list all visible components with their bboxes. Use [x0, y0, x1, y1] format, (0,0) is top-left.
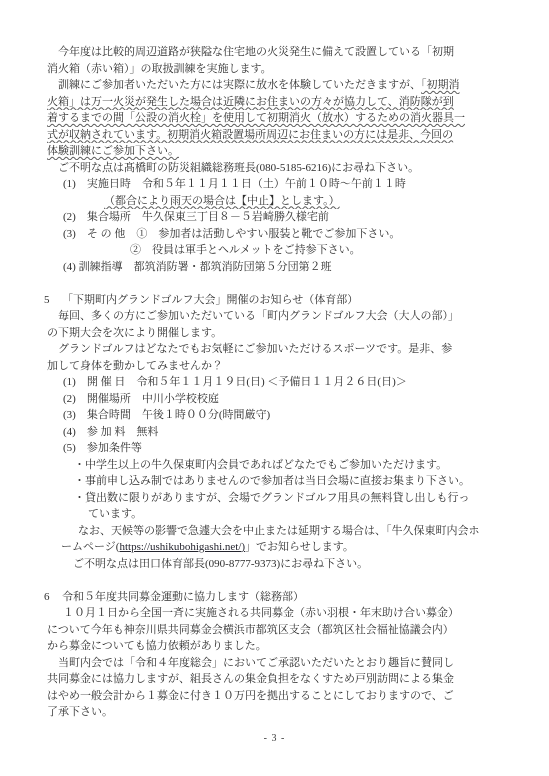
text-segment: ご不明な点は田口体育部長(090-8777-9373)にお尋ね下さい。	[73, 558, 368, 570]
doc-line: なお、天候等の影響で急遽大会を中止または延期する場合は、「牛久保東町内会ホ	[47, 523, 509, 540]
doc-line: ームページ(https://ushikubohigashi.net/)」でお知ら…	[47, 539, 509, 556]
text-segment: １０月１日から全国一斉に実施される共同募金（赤い羽根・年末助け合い募金）	[63, 607, 459, 619]
text-segment: ② 役員は軍手とヘルメットをご持参下さい。	[130, 244, 361, 256]
doc-line: 共同募金には協力しますが、組長さんの集金負担をなくすため戸別訪問による集金	[47, 671, 509, 688]
text-segment: ・事前申し込み制ではありませんので参加者は当日会場に直接お集まり下さい。	[74, 475, 470, 487]
doc-line: 式が収納されています。初期消火箱設置場所周辺にお住まいの方には是非、今回の	[47, 127, 509, 144]
doc-line: (3) そ の 他 ① 参加者は活動しやすい服装と靴でご参加下さい。	[47, 226, 509, 243]
section-number: 6	[44, 589, 62, 606]
wavy-underlined-text: 式が収納されています。初期消火箱設置場所周辺にお住まいの方には是非、今回の	[47, 129, 453, 141]
section-number: 5	[44, 292, 62, 309]
doc-line: (3) 集合時間 午後１時００分(時間厳守)	[47, 407, 509, 424]
text-segment: グランドゴルフはどなたでもお気軽にご参加いただけるスポーツです。是非、参	[58, 343, 452, 355]
text-segment: 」でお知らせします。	[245, 541, 354, 553]
text-segment: はやめ一般会計から１募金に付き１０万円を拠出することにしておりますので、ご	[47, 690, 454, 702]
wavy-underlined-text: 「初期消	[421, 79, 460, 91]
text-segment: 加して身体を動かしてみませんか？	[47, 360, 223, 372]
text-segment: ご不明な点は髙橋町の防災組織総務班長(080-5185-6216)にお尋ね下さい…	[58, 162, 419, 174]
text-segment: 訓練にご参加者いただいた方には実際に放水を体験していただきますが、	[58, 79, 421, 91]
section: 6令和５年度共同募金運動に協力します（総務部）１０月１日から全国一斉に実施される…	[47, 589, 509, 721]
text-segment: なお、天候等の影響で急遽大会を中止または延期する場合は、「牛久保東町内会ホ	[78, 525, 480, 537]
text-segment: 共同募金には協力しますが、組長さんの集金負担をなくすため戸別訪問による集金	[47, 673, 454, 685]
text-segment: の下期大会を次により開催します。	[47, 327, 222, 339]
text-segment: (4) 訓練指導 都筑消防署・都筑消防団第５分団第２班	[63, 261, 332, 273]
doc-line: から募金についても協力依頼がありました。	[47, 638, 509, 655]
text-segment: (2) 集合場所 牛久保東三丁目８－５岩崎勝久様宅前	[63, 211, 329, 223]
text-segment: 今年度は比較的周辺道路が狭隘な住宅地の火災発生に備えて設置している「初期	[58, 46, 454, 58]
text-segment: から募金についても協力依頼がありました。	[47, 640, 267, 652]
doc-line: (5) 参加条件等	[47, 440, 509, 457]
text-segment: ームページ(	[61, 541, 119, 553]
wavy-underlined-text: （都合により雨天の場合は【中止】とします。）	[104, 195, 340, 207]
doc-line: （都合により雨天の場合は【中止】とします。）	[47, 193, 509, 210]
text-segment: (3) そ の 他 ① 参加者は活動しやすい服装と靴でご参加下さい。	[63, 228, 400, 240]
doc-line: 消火箱（赤い箱）」の取扱訓練を実施します。	[47, 61, 509, 78]
text-segment: 当町内会では「令和４年度総会」においてご承認いただいたとおり趣旨に賛同し	[58, 657, 454, 669]
doc-line: はやめ一般会計から１募金に付き１０万円を拠出することにしておりますので、ご	[47, 688, 509, 705]
text-segment: ・貸出数に限りがありますが、会場でグランドゴルフ用具の無料貸し出しも行っ	[74, 492, 470, 504]
section-heading: 5「下期町内グランドゴルフ大会」開催のお知らせ（体育部）	[44, 292, 509, 309]
text-segment: (1) 開 催 日 令和５年１１月１９日(日) ＜予備日１１月２６日(日)＞	[63, 376, 407, 388]
doc-line: ・貸出数に限りがありますが、会場でグランドゴルフ用具の無料貸し出しも行っ	[47, 490, 509, 507]
text-segment: 毎回、多くの方にご参加いただいている「町内グランドゴルフ大会（大人の部）」	[58, 310, 459, 322]
doc-line: ご不明な点は髙橋町の防災組織総務班長(080-5185-6216)にお尋ね下さい…	[47, 160, 509, 177]
text-segment: (2) 開催場所 中川小学校校庭	[63, 393, 219, 405]
text-segment: ・中学生以上の牛久保東町内会員であればどなたでもご参加いただけます。	[74, 459, 447, 471]
doc-line: (2) 開催場所 中川小学校校庭	[47, 391, 509, 408]
doc-line: ・中学生以上の牛久保東町内会員であればどなたでもご参加いただけます。	[47, 457, 509, 474]
text-segment: ています。	[88, 508, 142, 520]
wavy-underlined-text: 火箱」は万一火災が発生した場合は近隣にお住まいの方々が協力して、消防隊が到	[47, 96, 454, 108]
doc-line: １０月１日から全国一斉に実施される共同募金（赤い羽根・年末助け合い募金）	[47, 605, 509, 622]
section: 5「下期町内グランドゴルフ大会」開催のお知らせ（体育部）毎回、多くの方にご参加い…	[47, 292, 509, 573]
doc-line: について今年も神奈川県共同募金会横浜市都筑区支会（都筑区社会福祉協議会内）	[47, 622, 509, 639]
section: 今年度は比較的周辺道路が狭隘な住宅地の火災発生に備えて設置している「初期消火箱（…	[47, 44, 509, 275]
doc-body: 今年度は比較的周辺道路が狭隘な住宅地の火災発生に備えて設置している「初期消火箱（…	[47, 44, 509, 721]
doc-line: (1) 実施日時 令和５年１１月１１日（土）午前１０時～午前１１時	[47, 176, 509, 193]
doc-line: (1) 開 催 日 令和５年１１月１９日(日) ＜予備日１１月２６日(日)＞	[47, 374, 509, 391]
doc-line: ご不明な点は田口体育部長(090-8777-9373)にお尋ね下さい。	[47, 556, 509, 573]
wavy-underlined-text: 着するまでの間「公設の消火栓」を使用して初期消火（放水）するための消火器具一	[47, 112, 465, 124]
doc-line: 体験訓練にご参加下さい。	[47, 143, 509, 160]
doc-line: (2) 集合場所 牛久保東三丁目８－５岩崎勝久様宅前	[47, 209, 509, 226]
doc-line: ています。	[47, 506, 509, 523]
doc-line: ② 役員は軍手とヘルメットをご持参下さい。	[47, 242, 509, 259]
text-segment: (4) 参 加 料 無料	[63, 426, 158, 438]
doc-line: 加して身体を動かしてみませんか？	[47, 358, 509, 375]
wavy-underlined-text: 体験訓練にご参加下さい。	[47, 145, 179, 157]
text-segment: 了承下さい。	[47, 706, 113, 718]
doc-line: 今年度は比較的周辺道路が狭隘な住宅地の火災発生に備えて設置している「初期	[47, 44, 509, 61]
doc-line: 火箱」は万一火災が発生した場合は近隣にお住まいの方々が協力して、消防隊が到	[47, 94, 509, 111]
text-segment: (3) 集合時間 午後１時００分(時間厳守)	[63, 409, 270, 421]
doc-line: (4) 参 加 料 無料	[47, 424, 509, 441]
homepage-url-link[interactable]: https://ushikubohigashi.net/)	[119, 541, 245, 553]
doc-line: の下期大会を次により開催します。	[47, 325, 509, 342]
doc-line: 毎回、多くの方にご参加いただいている「町内グランドゴルフ大会（大人の部）」	[47, 308, 509, 325]
document-page: 今年度は比較的周辺道路が狭隘な住宅地の火災発生に備えて設置している「初期消火箱（…	[0, 0, 549, 776]
text-segment: (1) 実施日時 令和５年１１月１１日（土）午前１０時～午前１１時	[63, 178, 406, 190]
doc-line: 当町内会では「令和４年度総会」においてご承認いただいたとおり趣旨に賛同し	[47, 655, 509, 672]
section-title: 「下期町内グランドゴルフ大会」開催のお知らせ（体育部）	[62, 294, 358, 306]
doc-line: (4) 訓練指導 都筑消防署・都筑消防団第５分団第２班	[47, 259, 509, 276]
section-title: 令和５年度共同募金運動に協力します（総務部）	[62, 591, 304, 603]
text-segment: 消火箱（赤い箱）」の取扱訓練を実施します。	[47, 63, 272, 75]
doc-line: グランドゴルフはどなたでもお気軽にご参加いただけるスポーツです。是非、参	[47, 341, 509, 358]
text-segment: について今年も神奈川県共同募金会横浜市都筑区支会（都筑区社会福祉協議会内）	[47, 624, 454, 636]
doc-line: 了承下さい。	[47, 704, 509, 721]
doc-line: ・事前申し込み制ではありませんので参加者は当日会場に直接お集まり下さい。	[47, 473, 509, 490]
page-number: - 3 -	[0, 733, 549, 744]
section-heading: 6令和５年度共同募金運動に協力します（総務部）	[44, 589, 509, 606]
doc-line: 着するまでの間「公設の消火栓」を使用して初期消火（放水）するための消火器具一	[47, 110, 509, 127]
text-segment: (5) 参加条件等	[63, 442, 142, 454]
doc-line: 訓練にご参加者いただいた方には実際に放水を体験していただきますが、「初期消	[47, 77, 509, 94]
